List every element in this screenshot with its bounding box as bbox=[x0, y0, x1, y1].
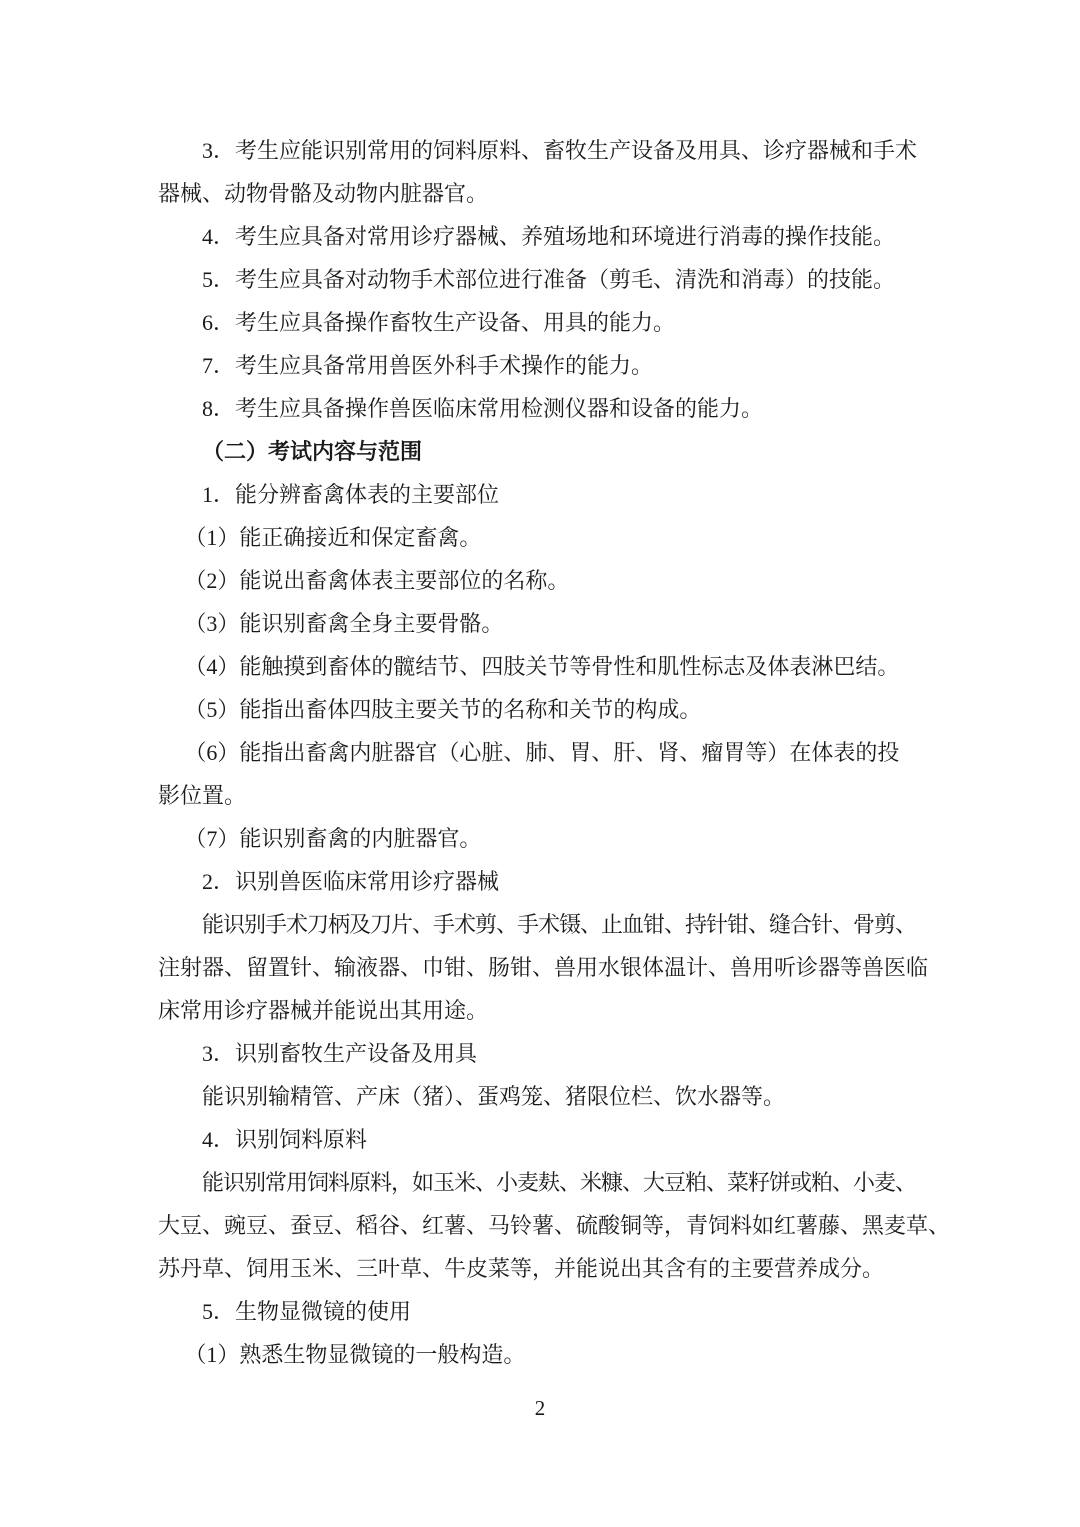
text-line: 能识别输精管、产床（猪）、蛋鸡笼、猪限位栏、饮水器等。 bbox=[158, 1075, 922, 1118]
text-line: （4）能触摸到畜体的髋结节、四肢关节等骨性和肌性标志及体表淋巴结。 bbox=[158, 645, 922, 688]
text-line: 7．考生应具备常用兽医外科手术操作的能力。 bbox=[158, 344, 922, 387]
text-line: 4．考生应具备对常用诊疗器械、养殖场地和环境进行消毒的操作技能。 bbox=[158, 215, 922, 258]
page-number: 2 bbox=[0, 1387, 1080, 1430]
text-line: 6．考生应具备操作畜牧生产设备、用具的能力。 bbox=[158, 301, 922, 344]
text-line: （7）能识别畜禽的内脏器官。 bbox=[158, 817, 922, 860]
text-line: 大豆、豌豆、蚕豆、稻谷、红薯、马铃薯、硫酸铜等，青饲料如红薯藤、黑麦草、 bbox=[158, 1204, 922, 1247]
text-line: 5．考生应具备对动物手术部位进行准备（剪毛、清洗和消毒）的技能。 bbox=[158, 258, 922, 301]
text-line: 5．生物显微镜的使用 bbox=[158, 1290, 922, 1333]
text-line: 3．考生应能识别常用的饲料原料、畜牧生产设备及用具、诊疗器械和手术 bbox=[158, 129, 922, 172]
text-line: 器械、动物骨骼及动物内脏器官。 bbox=[158, 172, 922, 215]
text-line: 苏丹草、饲用玉米、三叶草、牛皮菜等，并能说出其含有的主要营养成分。 bbox=[158, 1247, 922, 1290]
text-line: （6）能指出畜禽内脏器官（心脏、肺、胃、肝、肾、瘤胃等）在体表的投 bbox=[158, 731, 922, 774]
text-line: 床常用诊疗器械并能说出其用途。 bbox=[158, 989, 922, 1032]
text-line: 1．能分辨畜禽体表的主要部位 bbox=[158, 473, 922, 516]
text-line: 2．识别兽医临床常用诊疗器械 bbox=[158, 860, 922, 903]
text-line: （3）能识别畜禽全身主要骨骼。 bbox=[158, 602, 922, 645]
text-line: 4．识别饲料原料 bbox=[158, 1118, 922, 1161]
text-line: （1）熟悉生物显微镜的一般构造。 bbox=[158, 1333, 922, 1376]
text-line: 能识别手术刀柄及刀片、手术剪、手术镊、止血钳、持针钳、缝合针、骨剪、 bbox=[158, 903, 922, 946]
text-line: 注射器、留置针、输液器、巾钳、肠钳、兽用水银体温计、兽用听诊器等兽医临 bbox=[158, 946, 922, 989]
text-line: （5）能指出畜体四肢主要关节的名称和关节的构成。 bbox=[158, 688, 922, 731]
text-line: （1）能正确接近和保定畜禽。 bbox=[158, 516, 922, 559]
text-line: （2）能说出畜禽体表主要部位的名称。 bbox=[158, 559, 922, 602]
text-line: 8．考生应具备操作兽医临床常用检测仪器和设备的能力。 bbox=[158, 387, 922, 430]
text-line: （二）考试内容与范围 bbox=[158, 430, 922, 473]
text-line: 3．识别畜牧生产设备及用具 bbox=[158, 1032, 922, 1075]
document-body: 3．考生应能识别常用的饲料原料、畜牧生产设备及用具、诊疗器械和手术器械、动物骨骼… bbox=[158, 129, 922, 1376]
text-line: 影位置。 bbox=[158, 774, 922, 817]
document-page: 3．考生应能识别常用的饲料原料、畜牧生产设备及用具、诊疗器械和手术器械、动物骨骼… bbox=[0, 0, 1080, 1527]
text-line: 能识别常用饲料原料，如玉米、小麦麸、米糠、大豆粕、菜籽饼或粕、小麦、 bbox=[158, 1161, 922, 1204]
